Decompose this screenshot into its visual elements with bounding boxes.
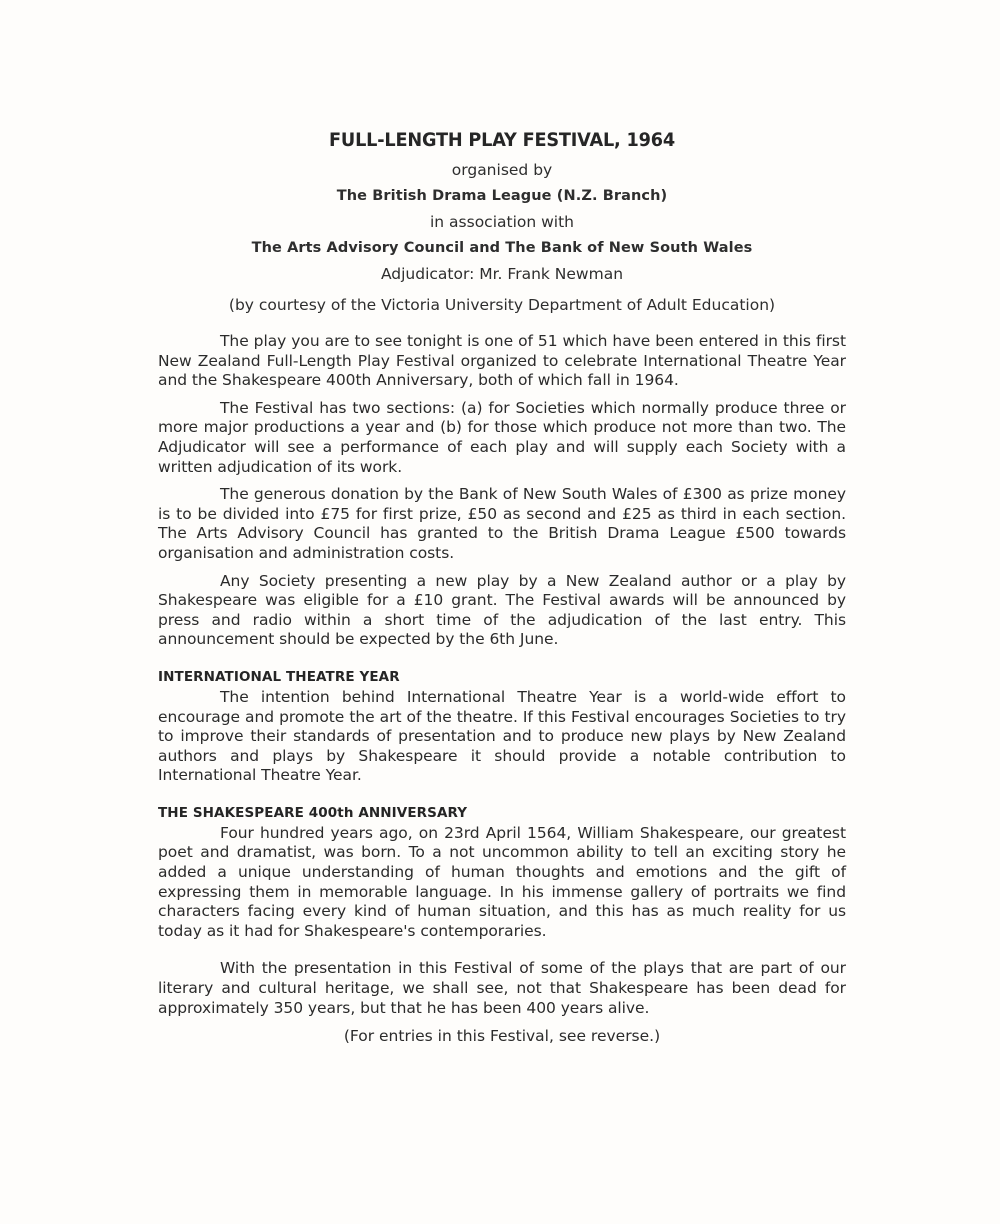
organiser-name: The British Drama League (N.Z. Branch)	[158, 185, 846, 207]
associates-names: The Arts Advisory Council and The Bank o…	[158, 237, 846, 259]
document-title: FULL-LENGTH PLAY FESTIVAL, 1964	[182, 128, 822, 152]
document-content: FULL-LENGTH PLAY FESTIVAL, 1964 organise…	[158, 128, 846, 1046]
organised-by-label: organised by	[158, 159, 846, 181]
section-heading-theatre-year: INTERNATIONAL THEATRE YEAR	[158, 668, 846, 686]
footer-note: (For entries in this Festival, see rever…	[158, 1026, 846, 1046]
intro-paragraph: The Festival has two sections: (a) for S…	[158, 399, 846, 477]
adjudicator-line: Adjudicator: Mr. Frank Newman	[158, 263, 846, 285]
intro-paragraph: The generous donation by the Bank of New…	[158, 485, 846, 563]
intro-paragraph: The play you are to see tonight is one o…	[158, 332, 846, 391]
association-label: in association with	[158, 211, 846, 233]
section-paragraph: With the presentation in this Festival o…	[158, 959, 846, 1018]
section-heading-shakespeare: THE SHAKESPEARE 400th ANNIVERSARY	[158, 804, 846, 822]
courtesy-line: (by courtesy of the Victoria University …	[158, 294, 846, 316]
section-paragraph: Four hundred years ago, on 23rd April 15…	[158, 824, 846, 942]
document-body: The play you are to see tonight is one o…	[158, 332, 846, 1046]
section-paragraph: The intention behind International Theat…	[158, 688, 846, 786]
document-page: FULL-LENGTH PLAY FESTIVAL, 1964 organise…	[0, 0, 1000, 1224]
intro-paragraph: Any Society presenting a new play by a N…	[158, 572, 846, 650]
document-header: FULL-LENGTH PLAY FESTIVAL, 1964 organise…	[158, 128, 846, 316]
